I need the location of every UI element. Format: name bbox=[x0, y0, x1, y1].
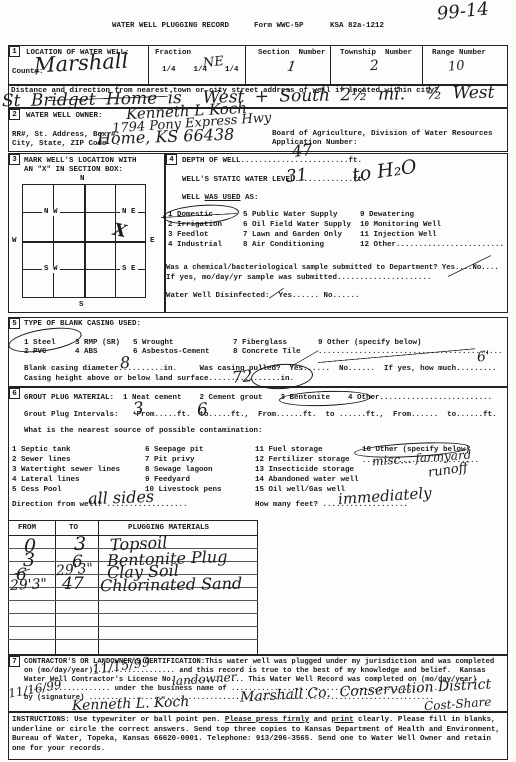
section4-number: 4 bbox=[166, 154, 177, 165]
depth-of-well-line: DEPTH OF WELL........................ft. bbox=[182, 157, 362, 166]
doc-number-handwritten: 99-14 bbox=[436, 0, 489, 23]
table-header-from: FROM bbox=[18, 524, 36, 532]
casing-option: 8 Concrete Tile bbox=[233, 348, 301, 357]
section3-heading2: AN "X" IN SECTION BOX: bbox=[24, 166, 123, 175]
contamination-option: 9 Feedyard bbox=[145, 476, 190, 485]
section1-number: 1 bbox=[9, 46, 20, 57]
used-as-option: 6 Oil Field Water Supply bbox=[243, 221, 351, 230]
contamination-option: 5 Cess Pool bbox=[12, 486, 62, 495]
table-row-to: 47 bbox=[62, 576, 84, 593]
static-water-level-line: WELL'S STATIC WATER LEVEL.............ft… bbox=[182, 176, 367, 185]
casing-other-dots: ........................................… bbox=[318, 348, 503, 357]
compass-east-label: E bbox=[148, 237, 157, 245]
fraction-value-handwritten: NE bbox=[202, 55, 224, 70]
application-number-label: Application Number: bbox=[272, 139, 358, 148]
grid-se-label: S E bbox=[120, 265, 138, 273]
used-as-option: 8 Air Conditioning bbox=[243, 241, 324, 250]
interval-from-handwritten: 3 bbox=[132, 401, 144, 419]
compass-north-label: N bbox=[78, 175, 87, 183]
table-row-material: Chlorinated Sand bbox=[100, 576, 242, 594]
contamination-option: 8 Sewage lagoon bbox=[145, 466, 213, 475]
contamination-option: 6 Seepage pit bbox=[145, 446, 204, 455]
grid-sw-label: S W bbox=[42, 265, 60, 273]
grid-ne-label: N E bbox=[120, 208, 138, 216]
section3-number: 3 bbox=[9, 154, 20, 165]
direction-handwritten: all sides bbox=[88, 489, 155, 507]
range-number-label: Range Number bbox=[432, 49, 486, 58]
used-as-option: 5 Public Water Supply bbox=[243, 211, 338, 220]
contamination-question: What is the nearest source of possible c… bbox=[24, 427, 263, 436]
section3-heading1: MARK WELL'S LOCATION WITH bbox=[24, 157, 137, 166]
owner-label: WATER WELL OWNER: bbox=[26, 112, 103, 121]
grout-intervals-line: Grout Plug Intervals: From.....ft. to...… bbox=[24, 411, 497, 420]
contamination-option: 13 Insecticide storage bbox=[255, 466, 354, 475]
casing-option: 7 Fiberglass bbox=[233, 339, 287, 348]
page-title: WATER WELL PLUGGING RECORD bbox=[112, 22, 229, 31]
static-level-value-handwritten: 31 bbox=[285, 167, 308, 186]
used-as-option: 10 Monitoring Well bbox=[360, 221, 441, 230]
casing-option: 6 Asbestos-Cement bbox=[133, 348, 210, 357]
section6-number: 6 bbox=[9, 388, 20, 399]
well-was-used-as-label: WELL WAS USED AS: bbox=[182, 194, 259, 203]
county-value-handwritten: Marshall bbox=[34, 51, 129, 77]
form-number: Form WWC-5P bbox=[254, 22, 304, 31]
instructions-text: INSTRUCTIONS: Use typewriter or ball poi… bbox=[12, 716, 508, 754]
casing-option: 4 ABS bbox=[75, 348, 98, 357]
casing-option: 3 RMP (SR) bbox=[75, 339, 120, 348]
section5-heading: TYPE OF BLANK CASING USED: bbox=[24, 320, 141, 329]
used-as-option: 9 Dewatering bbox=[360, 211, 414, 220]
contamination-option: 7 Pit privy bbox=[145, 456, 195, 465]
sample-date-line: If yes, mo/day/yr sample was submitted..… bbox=[166, 274, 432, 283]
contamination-option: 11 Fuel storage bbox=[255, 446, 323, 455]
interval-to-handwritten: 6 bbox=[196, 402, 208, 420]
used-as-option: 12 Other........................ bbox=[360, 241, 504, 250]
section-number-label: Section Number bbox=[258, 49, 326, 58]
section7-number: 7 bbox=[9, 656, 20, 667]
contamination-option: 4 Lateral lines bbox=[12, 476, 80, 485]
how-much-pulled-handwritten: 6' bbox=[476, 349, 490, 364]
contamination-option: 15 Oil well/Gas well bbox=[255, 486, 345, 495]
compass-south-label: S bbox=[77, 301, 86, 309]
disinfected-line: Water Well Disinfected: Yes...... No....… bbox=[166, 292, 360, 301]
casing-option: 5 Wrought bbox=[133, 339, 174, 348]
signature-handwritten: Kenneth L. Koch bbox=[72, 695, 190, 713]
contamination-option: 1 Septic tank bbox=[12, 446, 71, 455]
section5-number: 5 bbox=[9, 318, 20, 329]
grout-material-line: GROUT PLUG MATERIAL: 1 Neat cement 2 Cem… bbox=[24, 394, 492, 403]
contamination-option: 3 Watertight sewer lines bbox=[12, 466, 120, 475]
depth-value-handwritten: 47 bbox=[291, 142, 313, 160]
contamination-option: 12 Fertilizer storage bbox=[255, 456, 350, 465]
used-as-option: 3 Feedlot bbox=[168, 231, 209, 240]
township-number-label: Township Number bbox=[340, 49, 412, 58]
compass-west-label: W bbox=[10, 237, 19, 245]
table-header-materials: PLUGGING MATERIALS bbox=[128, 524, 209, 532]
casing-option: 9 Other (specify below) bbox=[318, 339, 422, 348]
ksa-number: KSA 82a-1212 bbox=[330, 22, 384, 31]
sample-submitted-line: Was a chemical/bacteriological sample su… bbox=[166, 264, 499, 273]
casing-diameter-handwritten: 8 bbox=[119, 355, 130, 372]
fraction-line: 1/4 1/4 1/4 bbox=[162, 66, 239, 75]
water-well-plugging-record-form: 99-14 WATER WELL PLUGGING RECORD Form WW… bbox=[0, 0, 516, 762]
range-number-handwritten: 10 bbox=[447, 59, 465, 73]
used-as-option: 11 Injection Well bbox=[360, 231, 437, 240]
casing-height-handwritten: 72 bbox=[231, 368, 253, 386]
city-state-zip-handwritten: Home, KS 66438 bbox=[97, 127, 235, 148]
contamination-option: 10 Livestock pens bbox=[145, 486, 222, 495]
fraction-label: Fraction bbox=[155, 49, 191, 58]
used-as-option: 7 Lawn and Garden Only bbox=[243, 231, 342, 240]
table-row-from: 29'3" bbox=[10, 577, 48, 593]
township-number-handwritten: 2 bbox=[370, 59, 380, 74]
contamination-option: 2 Sewer lines bbox=[12, 456, 71, 465]
table-header-to: TO bbox=[69, 524, 78, 532]
board-of-agriculture-label: Board of Agriculture, Division of Water … bbox=[272, 130, 493, 139]
grid-nw-label: N W bbox=[42, 208, 60, 216]
used-as-option: 4 Industrial bbox=[168, 241, 222, 250]
contamination-option: 14 Abandoned water well bbox=[255, 476, 359, 485]
section2-number: 2 bbox=[9, 109, 20, 120]
